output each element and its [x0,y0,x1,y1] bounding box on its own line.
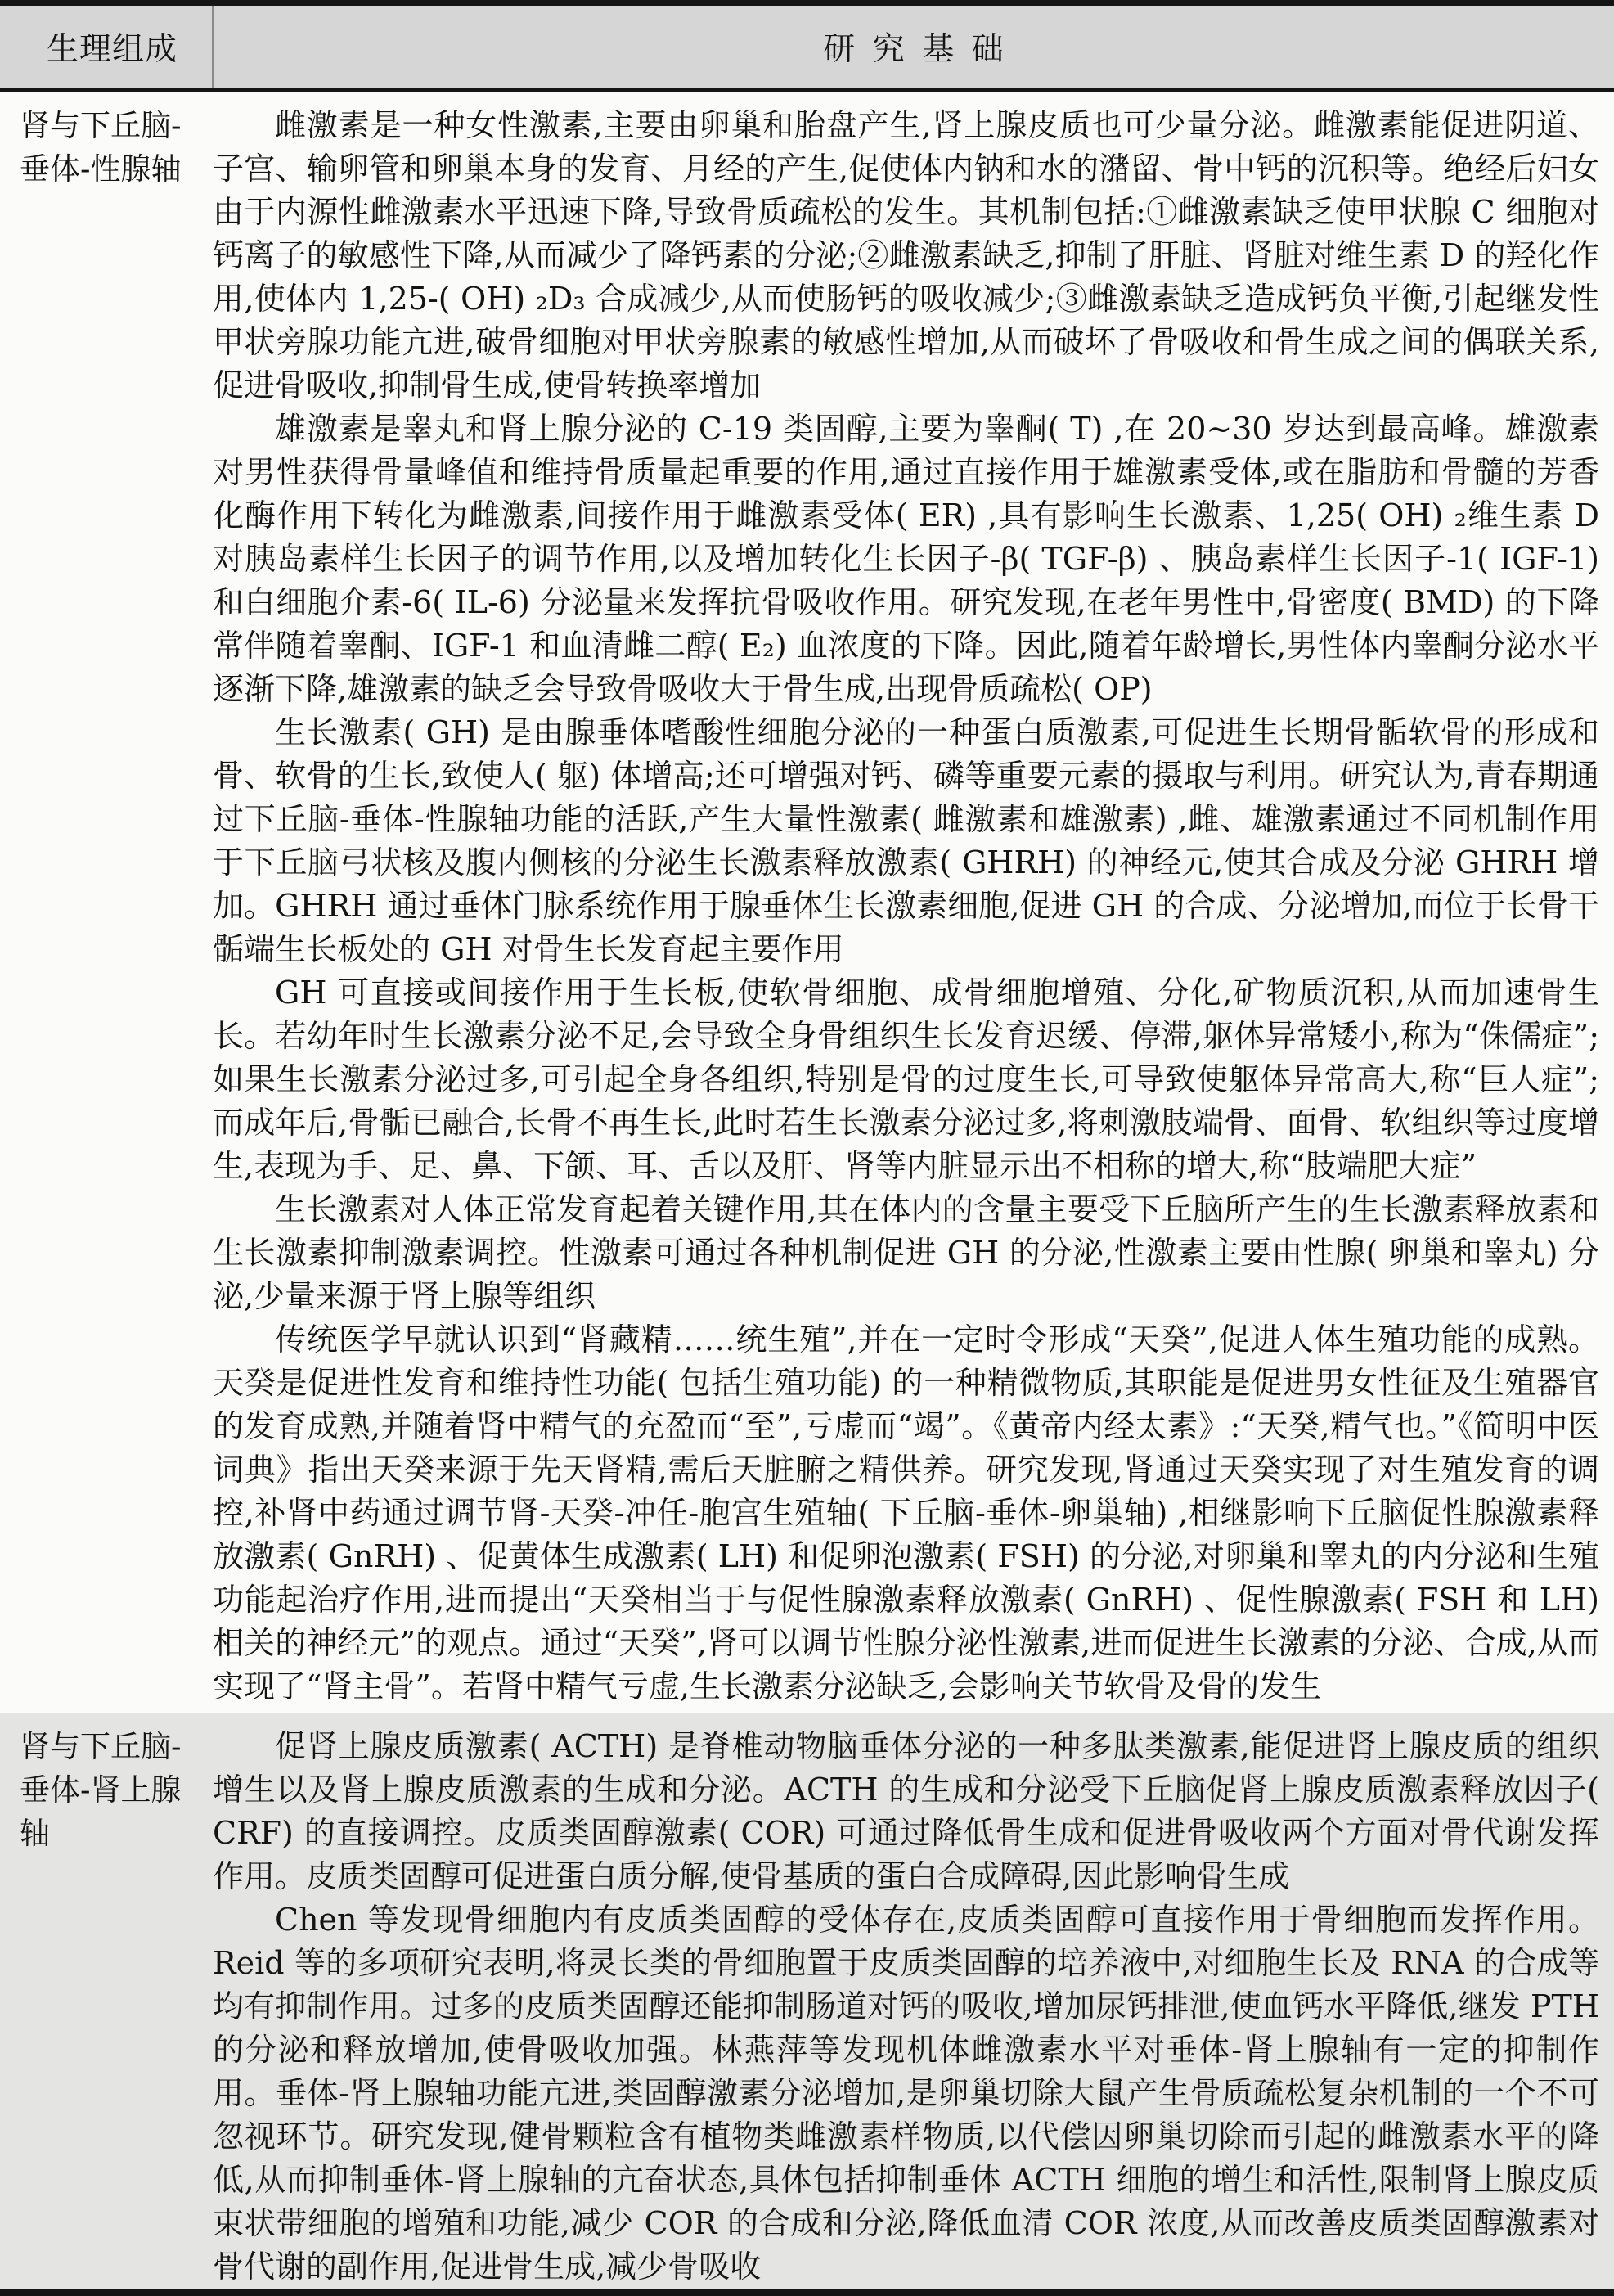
paragraph-androgen: 雄激素是睾丸和肾上腺分泌的 C-19 类固醇,主要为睾酮( T) ,在 20~3… [213,407,1599,711]
table-row-adrenal-axis: 肾与下丘脑- 垂体-肾上腺 轴 促肾上腺皮质激素( ACTH) 是脊椎动物脑垂体… [0,1713,1614,2289]
header-physiology-column: 生理组成 [0,24,213,70]
header-research-column: 研究基础 [213,24,1614,70]
row-label-adrenal-axis: 肾与下丘脑- 垂体-肾上腺 轴 [0,1725,213,2289]
row-content-gonadal-axis: 雌激素是一种女性激素,主要由卵巢和胎盘产生,肾上腺皮质也可少量分泌。雌激素能促进… [213,104,1614,1713]
row-content-adrenal-axis: 促肾上腺皮质激素( ACTH) 是脊椎动物脑垂体分泌的一种多肽类激素,能促进肾上… [213,1725,1614,2289]
row-label-line: 垂体-肾上腺 [20,1768,205,1812]
paragraph-corticosteroid-research: Chen 等发现骨细胞内有皮质类固醇的受体存在,皮质类固醇可直接作用于骨细胞而发… [213,1898,1599,2289]
row-label-line: 肾与下丘脑- [20,1725,205,1768]
row-label-gonadal-axis: 肾与下丘脑- 垂体-性腺轴 [0,104,213,1713]
row-label-line: 肾与下丘脑- [20,104,205,147]
paragraph-gh-growth-plate: GH 可直接或间接作用于生长板,使软骨细胞、成骨细胞增殖、分化,矿物质沉积,从而… [213,971,1599,1188]
paragraph-traditional-medicine: 传统医学早就认识到“肾藏精……统生殖”,并在一定时令形成“天癸”,促进人体生殖功… [213,1318,1599,1708]
paragraph-gh-regulation: 生长激素对人体正常发育起着关键作用,其在体内的含量主要受下丘脑所产生的生长激素释… [213,1188,1599,1318]
header-column-divider [212,6,214,88]
table-header-row: 生理组成 研究基础 [0,6,1614,92]
row-label-line: 垂体-性腺轴 [20,147,205,191]
research-basis-table: 生理组成 研究基础 肾与下丘脑- 垂体-性腺轴 雌激素是一种女性激素,主要由卵巢… [0,0,1614,2296]
row-label-line: 轴 [20,1812,205,1855]
table-row-gonadal-axis: 肾与下丘脑- 垂体-性腺轴 雌激素是一种女性激素,主要由卵巢和胎盘产生,肾上腺皮… [0,92,1614,1713]
paragraph-acth: 促肾上腺皮质激素( ACTH) 是脊椎动物脑垂体分泌的一种多肽类激素,能促进肾上… [213,1725,1599,1898]
paragraph-growth-hormone: 生长激素( GH) 是由腺垂体嗜酸性细胞分泌的一种蛋白质激素,可促进生长期骨骺软… [213,711,1599,971]
paragraph-estrogen: 雌激素是一种女性激素,主要由卵巢和胎盘产生,肾上腺皮质也可少量分泌。雌激素能促进… [213,104,1599,407]
